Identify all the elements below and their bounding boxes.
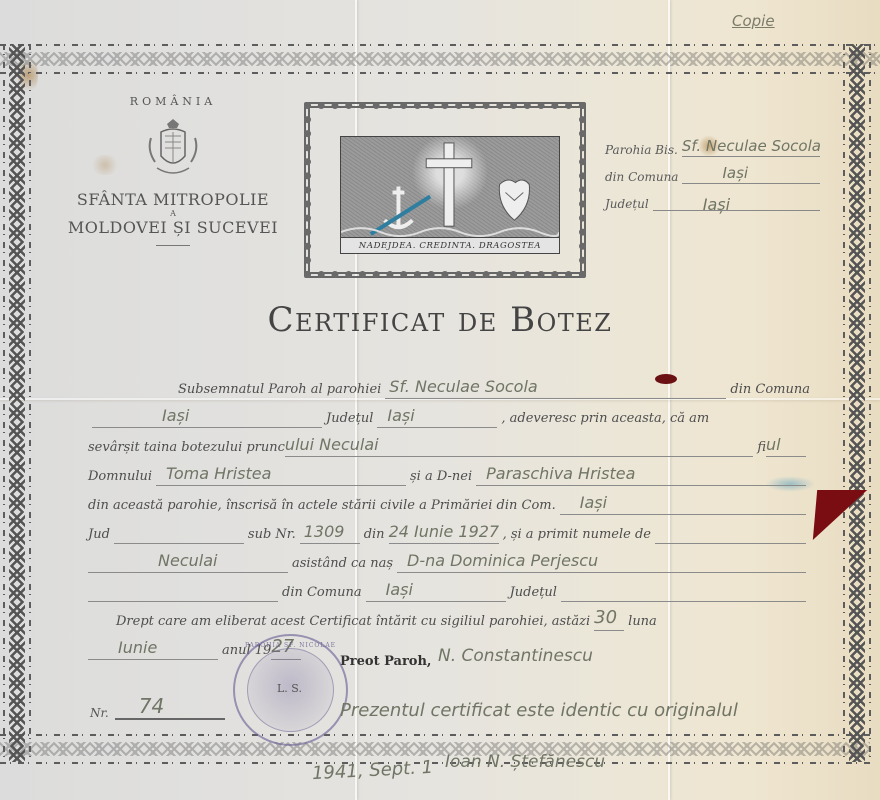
ornamental-border-top xyxy=(0,44,880,74)
number-value: 74 xyxy=(139,694,164,718)
label: fi xyxy=(757,440,766,457)
institution-line-2: MOLDOVEI ȘI SUCEVEI xyxy=(48,218,298,237)
label: asistând ca naș xyxy=(292,556,393,573)
certification-signature: Ioan N. Ștefănescu xyxy=(445,752,605,772)
form-line: Domnului Toma Hristea și a D-nei Parasch… xyxy=(88,457,810,486)
label: din xyxy=(364,527,385,544)
form-line: Jud sub Nr. 1309 din 24 Iunie 1927 , și … xyxy=(88,515,810,544)
copy-annotation: Copie xyxy=(732,12,775,30)
label: Drept care am eliberat acest Certificat … xyxy=(116,614,590,631)
form-line: Neculai asistând ca naș D-na Dominica Pe… xyxy=(88,544,810,573)
godparent-commune: Iași xyxy=(386,580,413,599)
commune-label: din Comuna xyxy=(605,170,678,184)
county-value: Iași xyxy=(703,195,730,214)
paper-tear xyxy=(655,374,677,384)
seal-ls: L. S. xyxy=(277,682,302,695)
county-row: Județul Iași xyxy=(605,184,820,211)
institution-connector: A xyxy=(48,209,298,218)
label: din această parohie, înscrisă în actele … xyxy=(88,498,556,515)
label: Subsemnatul Paroh al parohiei xyxy=(178,382,381,399)
heart-dove-icon xyxy=(499,180,529,220)
paper-tear xyxy=(813,490,867,540)
baptism-certificate: Copie ROMÂNIA SFÂNTA MITROPOLIE A MOLDOV… xyxy=(0,0,880,800)
label: din Comuna xyxy=(730,382,810,399)
label: sub Nr. xyxy=(248,527,296,544)
child-name: ului Neculai xyxy=(285,435,379,454)
certification-note: Prezentul certificat este identic cu ori… xyxy=(340,700,738,721)
label: Jud xyxy=(88,527,110,544)
number-label: Nr. xyxy=(90,706,109,720)
label: Județul xyxy=(326,411,373,428)
document-title: Certificat de Botez xyxy=(0,300,880,340)
label: , adeveresc prin aceasta, că am xyxy=(501,411,709,428)
county-value: Iași xyxy=(387,406,414,425)
commune-value: Iași xyxy=(722,164,748,182)
label: și a D-nei xyxy=(410,469,472,486)
ornamental-border-left xyxy=(3,44,31,762)
registry-number: 1309 xyxy=(304,522,345,541)
form-line: Subsemnatul Paroh al parohiei Sf. Necula… xyxy=(88,370,810,399)
issuing-authority: ROMÂNIA SFÂNTA MITROPOLIE A MOLDOVEI ȘI … xyxy=(48,95,298,246)
form-line: Drept care am eliberat acest Certificat … xyxy=(88,602,810,631)
label: sevârșit taina botezului prunc xyxy=(88,440,285,457)
certificate-body: Subsemnatul Paroh al parohiei Sf. Necula… xyxy=(88,370,810,660)
label: din Comuna xyxy=(282,585,362,602)
label: Domnului xyxy=(88,469,152,486)
emblem-frame: NADEJDEA. CREDINTA. DRAGOSTEA xyxy=(304,102,586,278)
commune-value: Iași xyxy=(162,406,189,425)
parish-seal: PAROHIA SF. NICOLAE L. S. xyxy=(233,634,348,746)
parish-name: Sf. Neculae Socola xyxy=(389,377,537,396)
issue-month: Iunie xyxy=(118,638,157,657)
form-line: Iași Județul Iași , adeveresc prin aceas… xyxy=(88,399,810,428)
faith-hope-love-emblem: NADEJDEA. CREDINTA. DRAGOSTEA xyxy=(340,136,560,254)
issue-day: 30 xyxy=(594,607,617,628)
emblem-motto: NADEJDEA. CREDINTA. DRAGOSTEA xyxy=(341,237,559,253)
godparent-name: D-na Dominica Perjescu xyxy=(407,551,598,570)
commune-row: din Comuna Iași xyxy=(605,157,820,184)
priest-label: Preot Paroh, xyxy=(340,654,431,669)
ornamental-border-bottom xyxy=(0,734,870,764)
registry-commune: Iași xyxy=(580,493,607,512)
mother-name: Paraschiva Hristea xyxy=(486,464,635,483)
parish-info: Parohia Bis. Sf. Neculae Socola din Comu… xyxy=(605,130,820,211)
cross-icon xyxy=(426,143,472,226)
form-line: din Comuna Iași Județul xyxy=(88,573,810,602)
county-label: Județul xyxy=(605,197,649,211)
form-line: din această parohie, înscrisă în actele … xyxy=(88,486,810,515)
birth-date: 24 Iunie 1927 xyxy=(389,522,500,541)
certificate-number: Nr. 74 xyxy=(90,702,225,720)
gender-suffix: ul xyxy=(766,435,781,454)
seal-text: PAROHIA SF. NICOLAE xyxy=(235,642,346,649)
parish-row: Parohia Bis. Sf. Neculae Socola xyxy=(605,130,820,157)
priest-signature: N. Constantinescu xyxy=(438,646,593,666)
form-line: sevârșit taina botezului prunc ului Necu… xyxy=(88,428,810,457)
divider xyxy=(156,245,190,246)
country-name: ROMÂNIA xyxy=(48,95,298,108)
institution-line-1: SFÂNTA MITROPOLIE xyxy=(48,190,298,209)
father-name: Toma Hristea xyxy=(166,464,271,483)
coat-of-arms-icon xyxy=(145,118,201,180)
anchor-icon xyxy=(371,187,430,235)
parish-value: Sf. Neculae Socola xyxy=(682,137,821,155)
parish-label: Parohia Bis. xyxy=(605,143,678,157)
baptismal-name: Neculai xyxy=(158,551,217,570)
ornamental-border-right xyxy=(843,44,871,762)
label: luna xyxy=(628,614,657,631)
label: Județul xyxy=(510,585,557,602)
label: , și a primit numele de xyxy=(503,527,651,544)
